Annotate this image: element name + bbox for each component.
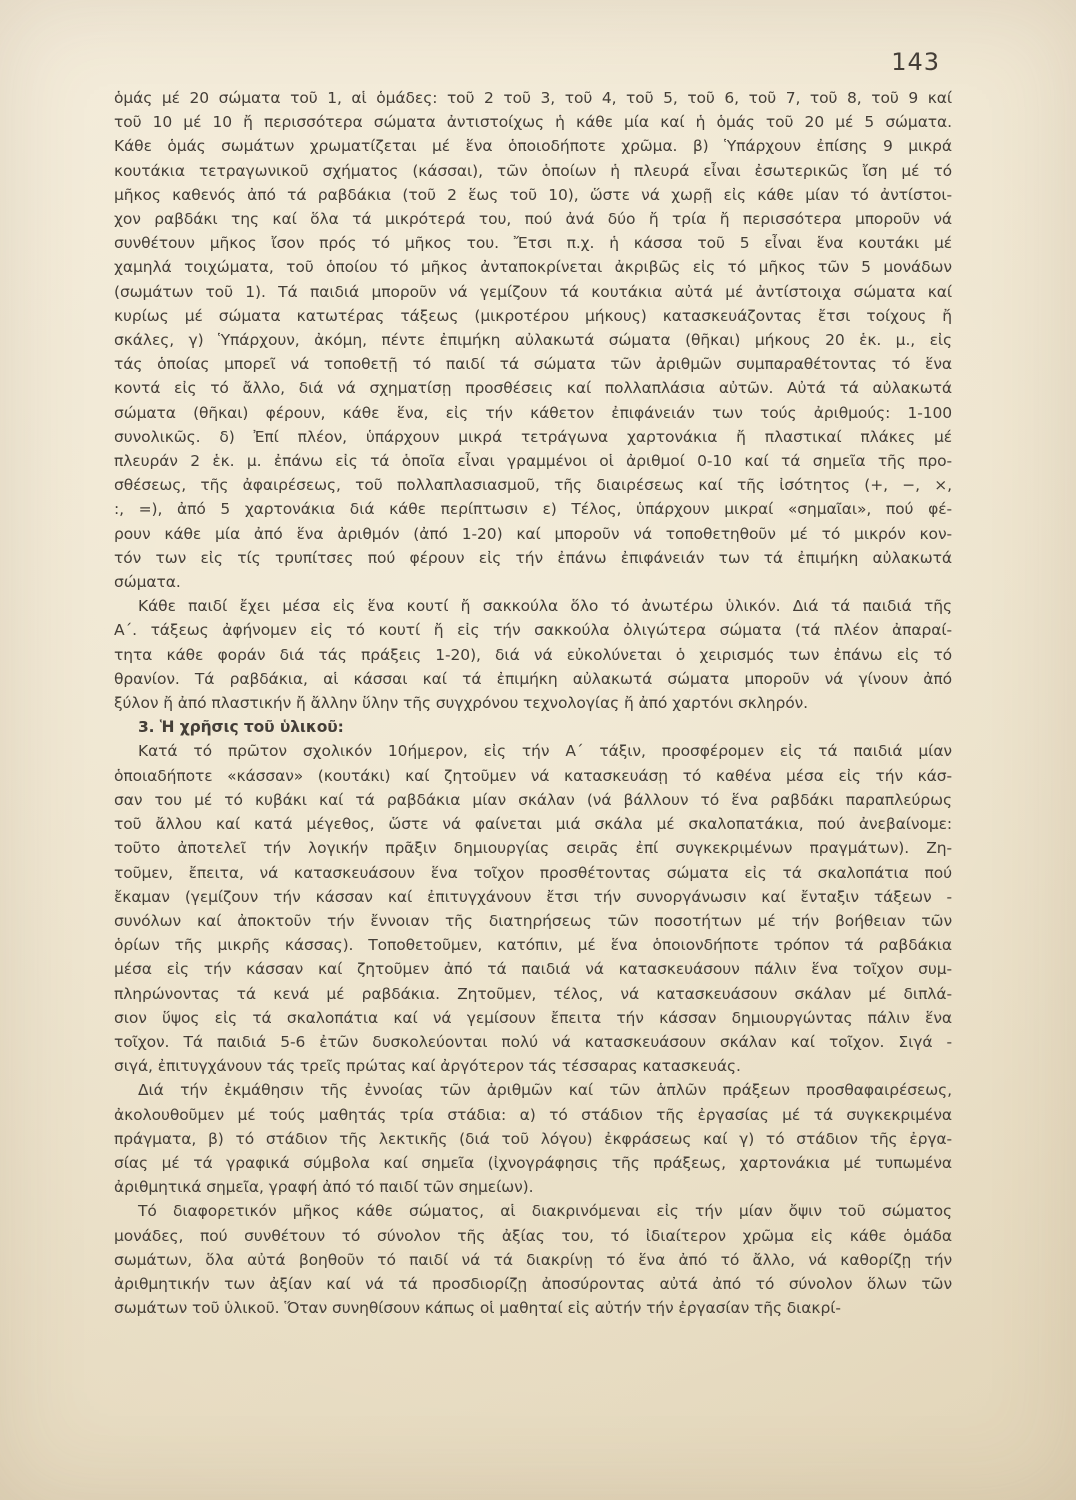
text-line: σκάλες, γ) Ὑπάρχουν, ἀκόμη, πέντε ἐπιμήκ… (114, 328, 952, 352)
text-line: σωμάτων τοῦ ὑλικοῦ. Ὅταν συνηθίσουν κάπω… (114, 1296, 952, 1320)
text-line: συνολικῶς. δ) Ἐπί πλέον, ὑπάρχουν μικρά … (114, 425, 952, 449)
paragraph: Τό διαφορετικόν μῆκος κάθε σώματος, αἱ δ… (114, 1199, 952, 1320)
text-line: Κάθε παιδί ἔχει μέσα εἰς ἕνα κουτί ἤ σακ… (114, 594, 952, 618)
paragraph: Διά τήν ἐκμάθησιν τῆς ἐννοίας τῶν ἀριθμῶ… (114, 1078, 952, 1199)
text-line: θρανίον. Τά ραβδάκια, αἱ κάσσαι καί τά ἐ… (114, 667, 952, 691)
text-line: Διά τήν ἐκμάθησιν τῆς ἐννοίας τῶν ἀριθμῶ… (114, 1078, 952, 1102)
text-line: σίας μέ τά γραφικά σύμβολα καί σημεῖα (ἰ… (114, 1151, 952, 1175)
text-line: 3. Ἡ χρῆσις τοῦ ὑλικοῦ: (114, 715, 952, 739)
text-line: ὁποιαδήποτε «κάσσαν» (κουτάκι) καί ζητοῦ… (114, 764, 952, 788)
text-line: Τό διαφορετικόν μῆκος κάθε σώματος, αἱ δ… (114, 1199, 952, 1223)
text-line: πράγματα, β) τό στάδιον τῆς λεκτικῆς (δι… (114, 1127, 952, 1151)
text-line: ἀριθμητικήν των ἀξίαν καί νά τά προσδιορ… (114, 1272, 952, 1296)
section-heading: 3. Ἡ χρῆσις τοῦ ὑλικοῦ: (114, 715, 952, 739)
text-line: ὁμάς μέ 20 σώματα τοῦ 1, αἱ ὁμάδες: τοῦ … (114, 86, 952, 110)
text-line: ἔκαμαν (γεμίζουν τήν κάσσαν καί ἐπιτυγχά… (114, 885, 952, 909)
text-line: χαμηλά τοιχώματα, τοῦ ὁποίου τό μῆκος ἀν… (114, 255, 952, 279)
text-line: Κάθε ὁμάς σωμάτων χρωματίζεται μέ ἕνα ὁπ… (114, 134, 952, 158)
text-line: ἀκολουθοῦμεν μέ τούς μαθητάς τρία στάδια… (114, 1103, 952, 1127)
paragraph: Κάθε παιδί ἔχει μέσα εἰς ἕνα κουτί ἤ σακ… (114, 594, 952, 715)
text-line: κοντά εἰς τό ἄλλο, διά νά σχηματίσῃ προσ… (114, 376, 952, 400)
text-line: τοῦ ἄλλου καί κατά μέγεθος, ὥστε νά φαίν… (114, 812, 952, 836)
text-line: σωμάτων, ὅλα αὐτά βοηθοῦν τό παιδί νά τά… (114, 1248, 952, 1272)
text-line: τάς ὁποίας μπορεῖ νά τοποθετῇ τό παιδί τ… (114, 352, 952, 376)
text-line: χον ραβδάκι της καί ὅλα τά μικρότερά του… (114, 207, 952, 231)
page-number: 143 (891, 48, 940, 76)
text-line: πληρώνοντας τά κενά μέ ραβδάκια. Ζητοῦμε… (114, 982, 952, 1006)
text-line: τητα κάθε φοράν διά τάς πράξεις 1-20), δ… (114, 643, 952, 667)
text-line: Α΄. τάξεως ἀφήνομεν εἰς τό κουτί ἤ εἰς τ… (114, 618, 952, 642)
text-line: κουτάκια τετραγωνικοῦ σχήματος (κάσσαι),… (114, 159, 952, 183)
scanned-book-page: 143 ὁμάς μέ 20 σώματα τοῦ 1, αἱ ὁμάδες: … (0, 0, 1076, 1500)
text-line: τοῦτο ἀποτελεῖ τήν λογικήν πρᾶξιν δημιου… (114, 836, 952, 860)
text-line: κυρίως μέ σώματα κατωτέρας τάξεως (μικρο… (114, 304, 952, 328)
text-line: σθέσεως, τῆς ἀφαιρέσεως, τοῦ πολλαπλασια… (114, 473, 952, 497)
paragraph: Κατά τό πρῶτον σχολικόν 10ήμερον, εἰς τή… (114, 739, 952, 1078)
text-line: Κατά τό πρῶτον σχολικόν 10ήμερον, εἰς τή… (114, 739, 952, 763)
text-line: τόν των εἰς τίς τρυπίτσες πού φέρουν εἰς… (114, 546, 952, 570)
page-body-text: ὁμάς μέ 20 σώματα τοῦ 1, αἱ ὁμάδες: τοῦ … (114, 86, 952, 1320)
text-line: (σωμάτων τοῦ 1). Τά παιδιά μποροῦν νά γε… (114, 280, 952, 304)
text-line: τοῦμεν, ἔπειτα, νά κατασκευάσουν ἕνα τοῖ… (114, 861, 952, 885)
text-line: τοῖχον. Τά παιδιά 5-6 ἐτῶν δυσκολεύονται… (114, 1030, 952, 1054)
text-line: συνόλων καί ἀποκτοῦν τήν ἔννοιαν τῆς δια… (114, 909, 952, 933)
text-line: σαν του μέ τό κυβάκι καί τά ραβδάκια μία… (114, 788, 952, 812)
text-line: τοῦ 10 μέ 10 ἤ περισσότερα σώματα ἀντιστ… (114, 110, 952, 134)
text-line: μῆκος καθενός ἀπό τά ραβδάκια (τοῦ 2 ἕως… (114, 183, 952, 207)
text-line: ἀριθμητικά σημεῖα, γραφή ἀπό τό παιδί τῶ… (114, 1175, 952, 1199)
text-line: μέσα εἰς τήν κάσσαν καί ζητοῦμεν ἀπό τά … (114, 957, 952, 981)
text-line: σιον ὕψος εἰς τά σκαλοπάτια καί νά γεμίσ… (114, 1006, 952, 1030)
text-line: σώματα (θῆκαι) φέρουν, κάθε ἕνα, εἰς τήν… (114, 401, 952, 425)
text-line: ρουν κάθε μία ἀπό ἕνα ἀριθμόν (ἀπό 1-20)… (114, 522, 952, 546)
text-line: συνθέτουν μῆκος ἴσον πρός τό μῆκος του. … (114, 231, 952, 255)
text-line: σιγά, ἐπιτυγχάνουν τάς τρεῖς πρώτας καί … (114, 1054, 952, 1078)
text-line: μονάδες, πού συνθέτουν τό σύνολον τῆς ἀξ… (114, 1224, 952, 1248)
text-line: ὁρίων τῆς μικρῆς κάσσας). Τοποθετοῦμεν, … (114, 933, 952, 957)
text-line: ξύλον ἤ ἀπό πλαστικήν ἤ ἄλλην ὕλην τῆς σ… (114, 691, 952, 715)
text-line: πλευράν 2 ἑκ. μ. ἐπάνω εἰς τά ὁποῖα εἶνα… (114, 449, 952, 473)
text-line: :, =), ἀπό 5 χαρτονάκια διά κάθε περίπτω… (114, 497, 952, 521)
paragraph: ὁμάς μέ 20 σώματα τοῦ 1, αἱ ὁμάδες: τοῦ … (114, 86, 952, 594)
text-line: σώματα. (114, 570, 952, 594)
